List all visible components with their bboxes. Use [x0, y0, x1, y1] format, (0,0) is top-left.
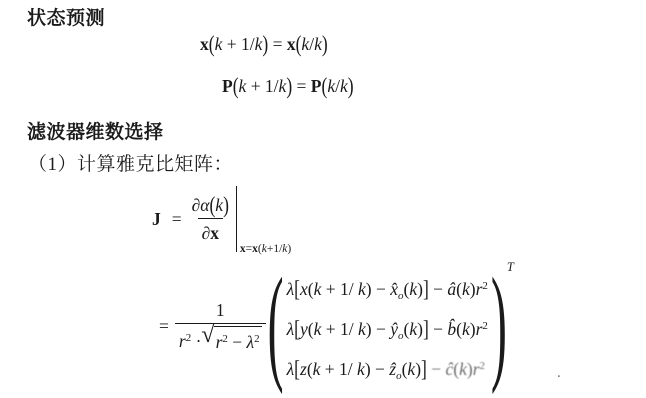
math-token: k: [462, 279, 470, 299]
math-token: ): [348, 72, 354, 100]
math-token: −: [427, 359, 446, 379]
math-token: k: [279, 76, 287, 96]
math-token: ): [223, 188, 229, 220]
math-token: (: [296, 30, 302, 58]
math-token: =: [268, 34, 287, 54]
math-token: 2: [482, 280, 488, 292]
math-token: 2: [254, 333, 260, 345]
trailing-punctuation: .: [557, 365, 561, 382]
column-vector: ( λ[x(k + 1/ k) − x̂o(k)] − â(k)r2 λ[y(k…: [268, 259, 514, 393]
math-token: k: [255, 34, 263, 54]
math-token: k: [409, 319, 417, 339]
math-token: P: [222, 76, 233, 96]
math-token: k: [340, 76, 348, 96]
math-token: ∂α: [192, 195, 210, 215]
math-token: ]: [423, 312, 429, 345]
heading-filter-dimension: 滤波器维数选择: [27, 117, 164, 144]
math-token: 2: [482, 320, 488, 332]
math-token: ): [262, 30, 268, 58]
math-token: x: [200, 34, 209, 54]
math-token: y: [300, 319, 308, 339]
math-token: 1: [216, 300, 225, 320]
matrix-row: λ[y(k + 1/ k) − ŷo(k)] − b̂(k)r2: [287, 314, 488, 339]
matrix-paren-right: ): [491, 261, 507, 391]
math-token: k: [459, 359, 467, 379]
math-token: (: [233, 72, 239, 100]
equation-jacobian-definition: J = ∂α(k) ∂x x=x(k+1/k): [152, 186, 237, 252]
denominator-prefix: r2 ·: [179, 326, 202, 353]
math-token: k: [215, 195, 223, 215]
math-token: P: [311, 76, 322, 96]
math-token: ŷ: [390, 319, 398, 339]
math-token: (: [209, 30, 215, 58]
transpose-superscript: T: [507, 260, 514, 275]
math-token: (: [321, 72, 327, 100]
radical-sign-icon: √: [201, 325, 214, 346]
math-token: ∂: [202, 221, 211, 245]
math-token: [: [294, 272, 300, 305]
math-token: k: [462, 319, 470, 339]
math-token: k: [357, 359, 365, 379]
math-token: (: [209, 188, 215, 220]
equals-sign: =: [159, 316, 169, 337]
math-token: −: [372, 319, 391, 339]
matrix-row: λ[x(k + 1/ k) − x̂o(k)] − â(k)r2: [287, 274, 488, 299]
square-root: √ r2 − λ2: [201, 326, 261, 354]
equation-state-x: x(k + 1/k) = x(k/k): [200, 34, 328, 55]
math-token: r: [473, 359, 480, 379]
math-token: x: [210, 221, 219, 245]
math-token: k: [314, 34, 322, 54]
math-token: â: [447, 279, 456, 299]
math-token: −: [429, 279, 448, 299]
equation-state-covariance-body: P(k + 1/k) = P(k/k): [222, 76, 354, 97]
math-token: [: [294, 312, 300, 345]
fraction-denominator: ∂x: [198, 218, 223, 245]
equation-jacobian-expanded: = 1 r2 · √ r2 − λ2 ( λ[x(k + 1/ k) − x̂o…: [153, 259, 514, 393]
math-token: + 1/: [321, 319, 358, 339]
math-token: b̂: [447, 319, 456, 339]
document-page: 状态预测 x(k + 1/k) = x(k/k) P(k + 1/k) = P(…: [0, 0, 646, 398]
math-token: ): [322, 30, 328, 58]
step-1-label: （1）计算雅克比矩阵：: [28, 149, 233, 176]
math-token: ]: [421, 352, 427, 385]
math-token: λ: [247, 332, 255, 352]
fraction-numerator: ∂α(k): [188, 193, 233, 218]
math-token: x̂: [390, 279, 398, 299]
math-token: ): [286, 72, 292, 100]
math-token: λ: [287, 279, 295, 299]
equation-state-covariance: P(k + 1/k) = P(k/k): [222, 76, 354, 97]
math-token: −: [371, 359, 390, 379]
math-token: λ: [287, 359, 295, 379]
math-token: r: [179, 331, 186, 351]
math-token: 2: [480, 360, 486, 372]
math-token: ]: [423, 272, 429, 305]
math-token: + 1/: [246, 76, 278, 96]
math-token: + 1/: [320, 359, 357, 379]
matrix-paren-left: (: [268, 261, 284, 391]
math-token: ·: [191, 331, 201, 351]
fraction-numerator: 1: [212, 298, 229, 323]
math-token: + 1/: [321, 279, 358, 299]
math-token: + 1/: [222, 34, 254, 54]
fraction: 1 r2 · √ r2 − λ2: [175, 298, 266, 354]
math-token: k: [358, 319, 366, 339]
evaluation-bar: x=x(k+1/k): [236, 186, 237, 252]
math-token: ): [467, 359, 473, 379]
equals-sign: =: [172, 209, 182, 230]
jacobian-symbol: J: [152, 209, 161, 230]
math-token: ): [287, 243, 291, 255]
fraction: ∂α(k) ∂x: [188, 193, 233, 245]
matrix-row: λ[z(k + 1/ k) − ẑo(k)] − ĉ(k)r2: [287, 354, 488, 379]
heading-state-prediction: 状态预测: [27, 3, 105, 30]
math-token: −: [228, 332, 247, 352]
math-token: x: [287, 34, 296, 54]
math-token: [: [294, 352, 300, 385]
radicand: r2 − λ2: [214, 326, 262, 354]
equation-state-x-body: x(k + 1/k) = x(k/k): [200, 34, 328, 55]
math-token: −: [372, 279, 391, 299]
math-token: =: [292, 76, 311, 96]
math-token: λ: [287, 319, 295, 339]
fraction-denominator: r2 · √ r2 − λ2: [175, 323, 266, 354]
math-token: z: [300, 359, 307, 379]
math-token: −: [429, 319, 448, 339]
math-token: k: [409, 279, 417, 299]
math-token: k: [327, 76, 335, 96]
math-token: k: [358, 279, 366, 299]
math-token: x: [300, 279, 308, 299]
matrix-rows: λ[x(k + 1/ k) − x̂o(k)] − â(k)r2 λ[y(k +…: [287, 274, 488, 379]
